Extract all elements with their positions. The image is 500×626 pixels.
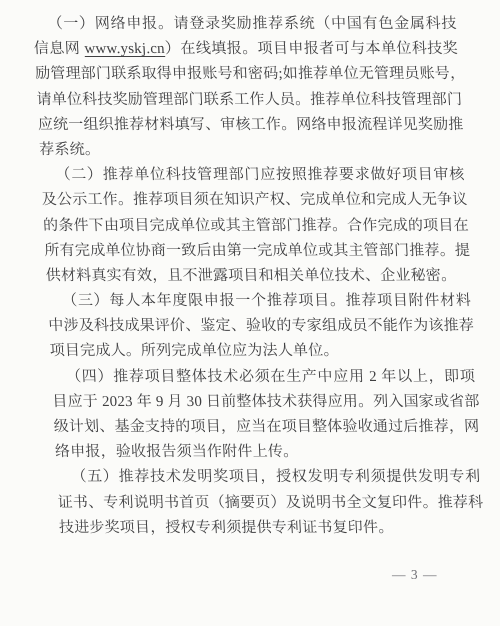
paragraph: （五）推荐技术发明奖项目，授权发明专利须提供发明专利证书、专利说明书首页（摘要页… <box>56 465 484 541</box>
paragraph: （四）推荐项目整体技术必须在生产中应用 2 年以上，即项目应于 2023 年 9… <box>50 365 479 466</box>
text-line: （五）推荐技术发明奖项目，授权发明专利须提供发明专利 <box>56 465 481 490</box>
text-line: 励管理部门联系取得申报账号和密码;如推荐单位无管理员账号， <box>35 62 460 87</box>
document-page: （一）网络申报。请登录奖励推荐系统（中国有色金属科技信息网 www.yskj.c… <box>0 0 500 626</box>
text-line: 荐系统。 <box>39 138 464 163</box>
paragraph: （二）推荐单位科技管理部门应按照推荐要求做好项目审核及公示工作。推荐项目须在知识… <box>40 163 471 289</box>
document-body: （一）网络申报。请登录奖励推荐系统（中国有色金属科技信息网 www.yskj.c… <box>32 12 484 541</box>
text-line: 应统一组织推荐材料填写、审核工作。网络申报流程详见奖励推 <box>37 113 462 138</box>
text-line: 及公示工作。推荐项目须在知识产权、完成单位和完成人无争议 <box>41 188 466 213</box>
text-line: 信息网 www.yskj.cn）在线填报。项目申报者可与本单位科技奖 <box>33 37 458 62</box>
text-line: （三）每人本年度限申报一个推荐项目。推荐项目附件材料 <box>47 289 472 314</box>
text-line: 级计划、基金支持的项目，应当在项目整体验收通过后推荐，网 <box>53 415 478 440</box>
text-line: 中涉及科技成果评价、鉴定、验收的专家组成员不能作为该推荐 <box>48 314 473 339</box>
text-line: 请单位科技奖励管理部门联系工作人员。推荐单位科技管理部门 <box>36 88 461 113</box>
text-line: 技进步奖项目，授权专利须提供专利证书复印件。 <box>58 516 483 541</box>
text-line: （二）推荐单位科技管理部门应按照推荐要求做好项目审核 <box>40 163 465 188</box>
text-line: 供材料真实有效，且不泄露项目和相关单位技术、企业秘密。 <box>45 264 470 289</box>
text-line: 证书、专利说明书首页（摘要页）及说明书全文复印件。推荐科 <box>57 491 482 516</box>
paragraph: （一）网络申报。请登录奖励推荐系统（中国有色金属科技信息网 www.yskj.c… <box>32 12 464 163</box>
text-line: （一）网络申报。请登录奖励推荐系统（中国有色金属科技 <box>32 12 457 37</box>
text-line: 目应于 2023 年 9 月 30 日前整体技术获得应用。列入国家或省部 <box>52 390 477 415</box>
text-line: 项目完成人。所列完成单位应为法人单位。 <box>49 339 474 364</box>
page-number: — 3 — <box>392 565 452 585</box>
text-line: 的条件下由项目完成单位或其主管部门推荐。合作完成的项目在 <box>43 214 468 239</box>
text-line: 所有完成单位协商一致后由第一完成单位或其主管部门推荐。提 <box>44 239 469 264</box>
url-link: www.yskj.cn <box>84 41 165 57</box>
text-line: 络申报，验收报告须当作附件上传。 <box>54 440 479 465</box>
text-line: （四）推荐项目整体技术必须在生产中应用 2 年以上，即项 <box>50 365 475 390</box>
paragraph: （三）每人本年度限申报一个推荐项目。推荐项目附件材料中涉及科技成果评价、鉴定、验… <box>47 289 475 365</box>
